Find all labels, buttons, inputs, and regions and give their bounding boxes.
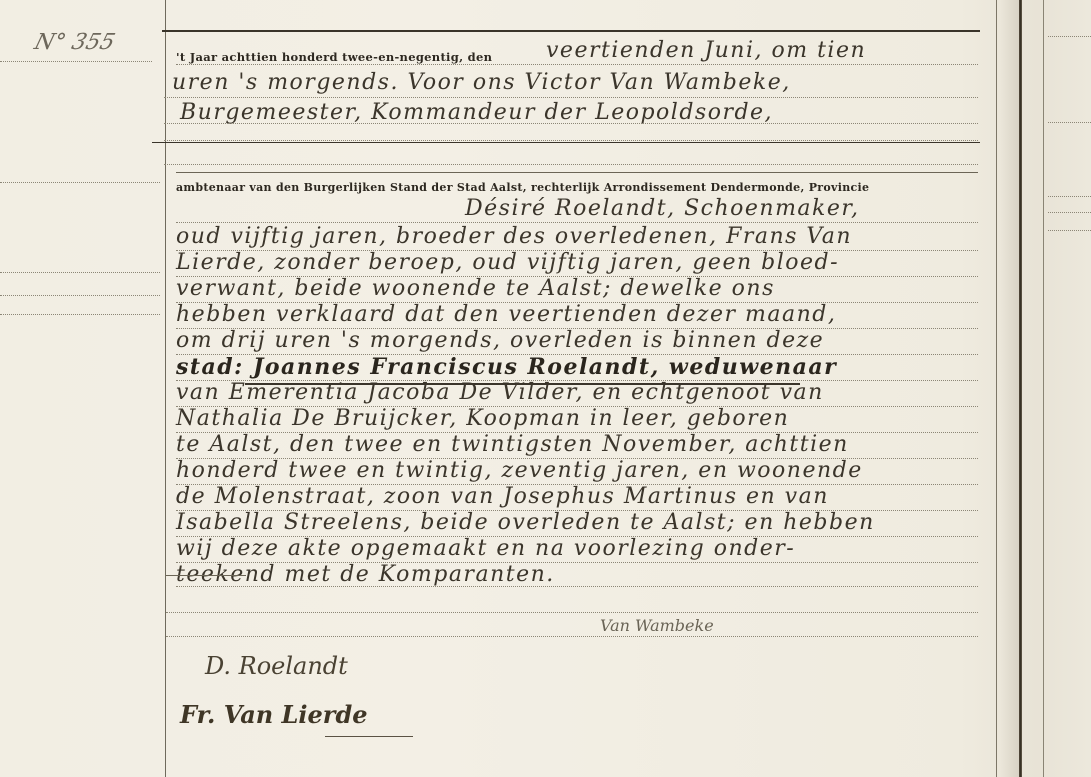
dotline — [166, 636, 978, 637]
dotline — [166, 612, 978, 613]
dotline — [164, 140, 978, 141]
margin-dotline — [0, 272, 160, 273]
margin-dotline — [0, 314, 160, 315]
body-line-deceased-name: stad: Joannes Franciscus Roelandt, weduw… — [176, 354, 837, 380]
header-handwritten-line3: Burgemeester, Kommandeur der Leopoldsord… — [180, 100, 773, 125]
header-handwritten-date: veertienden Juni, om tien — [546, 38, 866, 63]
right-border-rule — [996, 0, 997, 777]
dotline — [176, 586, 978, 587]
next-page-dotline — [1048, 122, 1091, 123]
body-line: verwant, beide woonende te Aalst; dewelk… — [176, 276, 775, 301]
body-line: honderd twee en twintig, zeventig jaren,… — [176, 458, 863, 483]
body-line: de Molenstraat, zoon van Josephus Martin… — [176, 484, 829, 509]
next-page-dotline — [1048, 230, 1091, 231]
body-line: hebben verklaard dat den veertienden dez… — [176, 302, 836, 327]
body-line: wij deze akte opgemaakt en na voorlezing… — [176, 536, 795, 561]
header-top-rule — [162, 30, 980, 32]
next-page-dotline — [1048, 36, 1091, 37]
dotline — [164, 123, 978, 124]
body-printed-line1: ambtenaar van den Burgerlijken Stand der… — [176, 181, 869, 194]
document-page: N° 355 't Jaar achttien honderd twee-en-… — [0, 0, 1091, 777]
body-line: om drij uren 's morgends, overleden is b… — [176, 328, 824, 353]
dotline — [176, 64, 978, 65]
signature-flourish — [325, 736, 413, 737]
header-handwritten-line2: uren 's morgends. Voor ons Victor Van Wa… — [172, 70, 791, 95]
signature-declarant-1: D. Roelandt — [205, 652, 348, 680]
next-page-dotline — [1048, 196, 1091, 197]
dotline — [176, 222, 978, 223]
body-line: Isabella Streelens, beide overleden te A… — [176, 510, 875, 535]
body-line: van Emerentia Jacoba De Vilder, en echtg… — [176, 380, 824, 405]
next-page-dotline — [1048, 212, 1091, 213]
body-line: oud vijftig jaren, broeder des overleden… — [176, 224, 852, 249]
dotline — [164, 164, 978, 165]
next-page-rule — [1043, 0, 1044, 777]
margin-column-rule — [165, 0, 166, 777]
body-line: Désiré Roelandt, Schoenmaker, — [465, 196, 860, 221]
signature-officer: Van Wambeke — [600, 616, 714, 635]
margin-dotline — [0, 295, 160, 296]
body-top-rule — [176, 172, 978, 173]
body-line: Lierde, zonder beroep, oud vijftig jaren… — [176, 250, 839, 275]
dotline — [164, 97, 978, 98]
body-line: te Aalst, den twee en twintigsten Novemb… — [176, 432, 849, 457]
signature-declarant-2: Fr. Van Lierde — [180, 700, 368, 729]
strike-flourish — [166, 575, 246, 576]
body-line: Nathalia De Bruijcker, Koopman in leer, … — [176, 406, 789, 431]
record-number: N° 355 — [32, 30, 118, 55]
header-printed-text: 't Jaar achttien honderd twee-en-negenti… — [176, 50, 492, 64]
book-gutter — [1019, 0, 1022, 777]
header-bottom-rule — [152, 142, 980, 143]
margin-dotline — [0, 61, 152, 62]
margin-dotline — [0, 182, 160, 183]
gutter-shadow — [1000, 0, 1019, 777]
